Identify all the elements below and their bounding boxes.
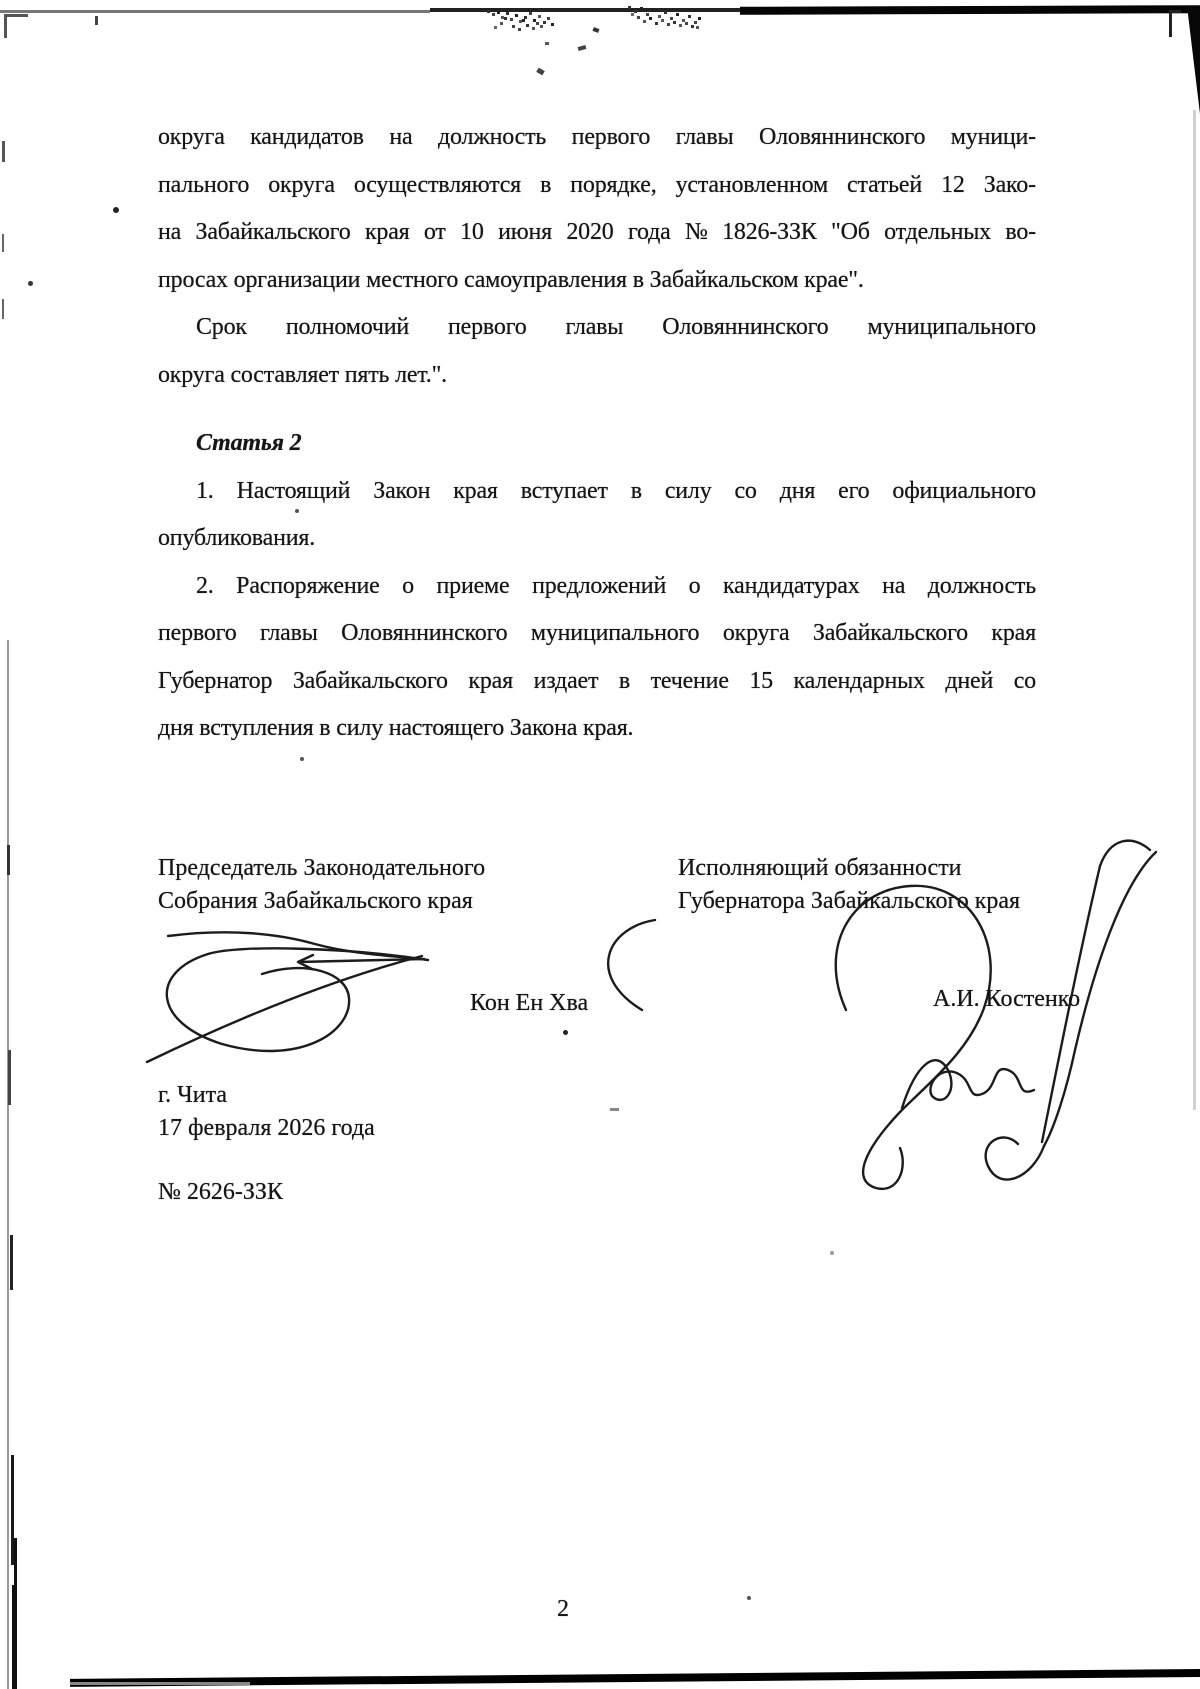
issuance-city: г. Чита <box>158 1079 375 1112</box>
scanned-document-page: округакандидатовнадолжностьпервогоглавыО… <box>0 0 1200 1689</box>
text-line: первогоглавыОловяннинскогомуниципального… <box>158 610 1036 658</box>
scan-artifact-speck <box>113 207 119 213</box>
scan-artifact-top-edge <box>430 8 760 12</box>
scan-artifact-speck <box>300 757 304 761</box>
scan-artifact-left-edge-line <box>12 1585 16 1689</box>
scan-artifact-top-edge <box>0 10 430 13</box>
scan-smudge <box>628 6 631 9</box>
scan-artifact-left-edge-line <box>11 1455 14 1565</box>
scan-artifact-left-edge-line <box>7 845 10 875</box>
issuance-block: г. Чита 17 февраля 2026 года <box>158 1079 375 1145</box>
text-line: дня вступления в силу настоящего Закона … <box>158 705 1036 753</box>
text-line: 1.НастоящийЗаконкраявступаетвсилусодняег… <box>158 468 1036 516</box>
scan-artifact-left-edge-line <box>14 1538 17 1689</box>
document-number: № 2626-ЗЗК <box>158 1179 283 1206</box>
scan-smudge <box>536 68 545 76</box>
scan-smudge <box>592 27 599 33</box>
document-body: округакандидатовнадолжностьпервогоглавыО… <box>158 114 1036 753</box>
text-line: опубликования. <box>158 515 1036 563</box>
scan-artifact-left-edge <box>2 141 5 162</box>
scan-artifact-corner-mark <box>1169 10 1181 13</box>
signature-left-ink <box>147 932 428 1062</box>
scan-artifact-left-edge <box>2 299 4 319</box>
scan-artifact-corner-bracket <box>4 14 28 17</box>
scan-artifact-speck <box>747 1596 751 1600</box>
scan-smudge <box>487 10 490 13</box>
scan-smudge <box>578 45 587 51</box>
scan-artifact-corner-mark <box>1169 10 1172 37</box>
scan-artifact-speck <box>28 281 33 286</box>
signatures-overlay <box>130 830 1200 1210</box>
signature-right-ink <box>608 841 1156 1189</box>
scan-artifact-left-edge-line <box>10 1235 13 1290</box>
scan-artifact-left-edge-line <box>7 640 9 1689</box>
scan-artifact-corner-bracket <box>4 14 7 38</box>
scan-artifact-bottom-edge <box>70 1682 250 1685</box>
scan-smudge <box>545 42 549 45</box>
text-line: наЗабайкальскогокраяот10июня2020года№182… <box>158 209 1036 257</box>
scan-artifact-bottom-edge <box>70 1669 1200 1687</box>
text-line: ГубернаторЗабайкальскогокраяиздаетвтечен… <box>158 658 1036 706</box>
scan-artifact-speck <box>830 1251 834 1255</box>
issuance-date: 17 февраля 2026 года <box>158 1112 375 1145</box>
page-number: 2 <box>543 1596 583 1623</box>
text-line: пальногоокругаосуществляютсявпорядке,уст… <box>158 162 1036 210</box>
signatory-name-right: А.И. Костенко <box>933 984 1080 1014</box>
text-line: 2.Распоряжениеоприемепредложенийокандида… <box>158 563 1036 611</box>
scan-artifact-left-edge <box>2 234 4 252</box>
text-line: округа составляет пять лет.". <box>158 352 1036 400</box>
scan-artifact-top-edge <box>740 5 1200 15</box>
text-line: округакандидатовнадолжностьпервогоглавыО… <box>158 114 1036 162</box>
article-heading: Статья 2 <box>158 420 1036 468</box>
text-line: СрокполномочийпервогоглавыОловяннинского… <box>158 304 1036 352</box>
scan-artifact-left-edge-line <box>8 1050 11 1105</box>
text-line: просах организации местного самоуправлен… <box>158 257 1036 305</box>
scan-artifact-tick <box>95 16 98 25</box>
scan-artifact-corner-wedge <box>1187 6 1200 114</box>
signatory-name-left: Кон Ен Хва <box>470 988 588 1018</box>
